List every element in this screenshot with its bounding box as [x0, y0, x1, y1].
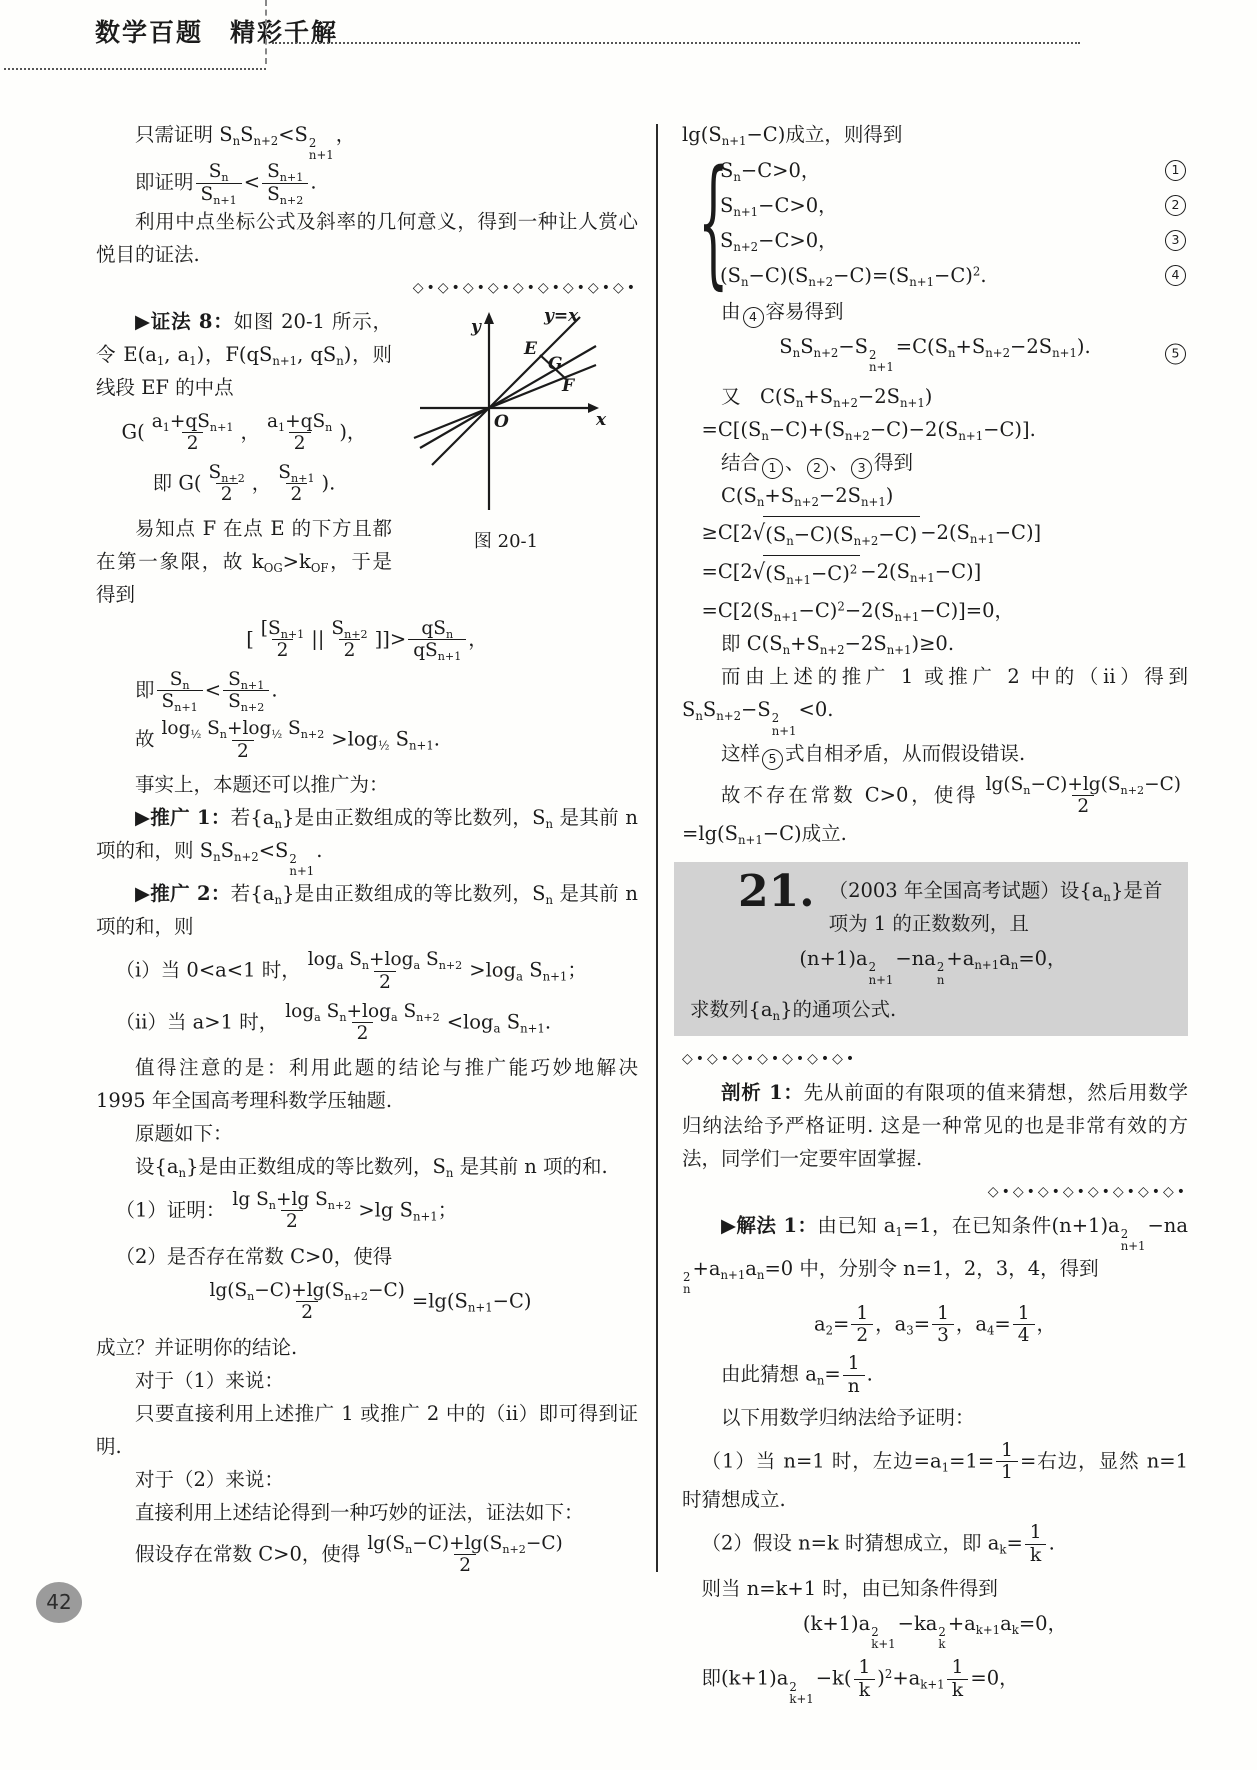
paragraph: 以下用数学归纳法给予证明：	[682, 1401, 1188, 1434]
equation: G(a1+qSn+12，a1+qSn2)，	[122, 411, 367, 455]
equation: a2=12，a3=13，a4=14，	[814, 1303, 1056, 1347]
fraction: qSnqSn+1	[408, 618, 466, 662]
problem-intro: 21.（2003 年全国高考试题）设{an}是首项为 1 的正数数列，且	[690, 874, 1176, 940]
sqrt: √(Sn−C)(Sn+2−C)	[753, 516, 920, 551]
paragraph: ▶推广 2：若{an}是由正数组成的等比数列，Sn 是其前 n 项的和，则	[96, 877, 638, 943]
equation-tag-circled-1: 1	[1165, 160, 1186, 181]
axis-label-x: x	[595, 410, 607, 430]
display-equation: SnSn+2−S2n+1=C(Sn+Sn+2−2Sn+1).5	[682, 335, 1188, 373]
sup-sub-stack: 2n	[683, 1271, 691, 1296]
system-lines: Sn−C>0，1Sn+1−C>0，2Sn+2−C>0，3(Sn−C)(Sn+2−…	[720, 155, 1188, 291]
equation: (Sn−C)(Sn+2−C)=(Sn+1−C)2.	[720, 260, 987, 291]
paragraph: 对于（1）来说：	[96, 1364, 638, 1397]
paragraph: 故不存在常数 C>0，使得lg(Sn−C)+lg(Sn+2−C)2=lg(Sn+…	[682, 774, 1188, 851]
paragraph: 由此猜想 an=1n.	[682, 1353, 1188, 1397]
origin-label-O: O	[494, 412, 509, 432]
paragraph: 只要直接利用上述推广 1 或推广 2 中的（ⅱ）即可得到证明.	[96, 1397, 638, 1463]
paragraph: =C[(Sn−C)+(Sn+2−C)−2(Sn+1−C)].	[682, 413, 1188, 446]
display-equation: lg(Sn−C)+lg(Sn+2−C)2=lg(Sn+1−C)	[96, 1280, 638, 1324]
column-divider-rule	[656, 124, 658, 1572]
sup-sub-stack: 2n+1	[289, 853, 314, 878]
fraction: loga Sn+loga Sn+22	[303, 949, 467, 993]
display-equation: [[Sn+12||Sn+22]]>qSnqSn+1，	[96, 618, 638, 662]
display-equation: a2=12，a3=13，a4=14，	[682, 1303, 1188, 1347]
point-label-E: E	[523, 339, 538, 359]
equation-tag-circled-4: 4	[1165, 265, 1186, 286]
equation: Sn+1−C>0，	[720, 190, 838, 221]
page-header-title: 数学百题 精彩千解	[95, 16, 338, 49]
paragraph: 设{an}是由正数组成的等比数列，Sn 是其前 n 项的和.	[96, 1150, 638, 1183]
paragraph: （1）证明：lg Sn+lg Sn+22>lg Sn+1；	[96, 1189, 638, 1233]
page-number: 42	[46, 1586, 71, 1619]
equation: 即 G(Sn+22，Sn+12).	[153, 462, 336, 506]
problem-21-box: 21.（2003 年全国高考试题）设{an}是首项为 1 的正数数列，且(n+1…	[674, 862, 1188, 1035]
paragraph: 即SnSn+1<Sn+1Sn+2.	[96, 669, 638, 713]
fraction: Sn+1Sn+2	[262, 161, 308, 205]
fraction: a1+qSn+12	[147, 411, 239, 455]
header-corner-mark	[265, 0, 267, 64]
circled-number: 1	[762, 458, 783, 479]
paragraph: （ⅱ）当 a>1 时，loga Sn+loga Sn+22<loga Sn+1.	[96, 1001, 638, 1045]
paragraph: 结合1、2、3得到	[682, 446, 1188, 479]
equation-system: {Sn−C>0，1Sn+1−C>0，2Sn+2−C>0，3(Sn−C)(Sn+2…	[698, 153, 1188, 293]
fraction: lg(Sn−C)+lg(Sn+2−C)2	[362, 1533, 567, 1577]
paragraph: 假设存在常数 C>0，使得lg(Sn−C)+lg(Sn+2−C)2	[96, 1533, 638, 1577]
paragraph: （2）是否存在常数 C>0，使得	[96, 1240, 638, 1273]
paragraph: 故log½ Sn+log½ Sn+22>log½ Sn+1.	[96, 718, 638, 762]
circled-number: 3	[851, 458, 872, 479]
fraction: lg(Sn−C)+lg(Sn+2−C)2	[981, 774, 1186, 818]
fraction: Sn+1Sn+2	[223, 669, 269, 713]
ray-og	[420, 346, 596, 448]
equation: Sn−C>0，	[720, 155, 820, 186]
line-label-y-equals-x: y=x	[543, 306, 579, 326]
paragraph: ▶推广 1：若{an}是由正数组成的等比数列，Sn 是其前 n 项的和，则 Sn…	[96, 801, 638, 877]
paragraph: 则当 n=k+1 时，由已知条件得到	[682, 1572, 1188, 1605]
paragraph: ▶解法 1：由已知 a1=1，在已知条件(n+1)a2n+1−na2n+an+1…	[682, 1209, 1188, 1296]
fraction: 14	[1013, 1303, 1035, 1347]
circled-number: 5	[762, 749, 783, 770]
paragraph: 而由上述的推广 1 或推广 2 中的（ⅱ）得到 SnSn+2−S2n+1<0.	[682, 660, 1188, 736]
equation: SnSn+2−S2n+1=C(Sn+Sn+2−2Sn+1).	[779, 335, 1090, 373]
paragraph: ≥C[2√(Sn−C)(Sn+2−C)−2(Sn+1−C)]	[682, 516, 1188, 551]
paragraph: 事实上，本题还可以推广为：	[96, 768, 638, 801]
paragraph: （2）假设 n=k 时猜想成立，即 ak=1k.	[682, 1522, 1188, 1566]
fraction: 1k	[947, 1657, 969, 1701]
circled-number: 2	[807, 458, 828, 479]
figure-20-1: y y=x E G F O x 图 20-1	[402, 305, 610, 555]
equation: [[Sn+12||Sn+22]]>qSnqSn+1，	[246, 618, 488, 662]
figure-20-1-plot: y y=x E G F O x	[404, 305, 608, 517]
paragraph: 由4容易得到	[682, 295, 1188, 328]
sup-sub-stack: 2k+1	[871, 1626, 895, 1651]
paragraph: 利用中点坐标公式及斜率的几何意义，得到一种让人赏心悦目的证法.	[96, 205, 638, 271]
sup-sub-stack: 2n	[937, 961, 945, 986]
problem-statement: （2003 年全国高考试题）设{an}是首项为 1 的正数数列，且	[829, 879, 1163, 935]
figure-caption: 图 20-1	[402, 529, 610, 555]
ornament-divider: ◇•◇•◇•◇•◇•◇•◇•	[682, 1046, 1188, 1072]
sqrt: √(Sn+1−C)2	[753, 555, 860, 590]
paragraph: lg(Sn+1−C)成立，则得到	[682, 118, 1188, 151]
fraction: lg(Sn−C)+lg(Sn+2−C)2	[204, 1280, 409, 1324]
sup-sub-stack: 2n+1	[869, 961, 894, 986]
ornament-divider: ◇•◇•◇•◇•◇•◇•◇•◇•◇•	[96, 275, 638, 301]
fraction: 11	[996, 1440, 1018, 1484]
equation: (n+1)a2n+1−na2n+an+1an=0，	[799, 947, 1066, 985]
paragraph: 又 C(Sn+Sn+2−2Sn+1)	[682, 380, 1188, 413]
display-equation: 即 G(Sn+22，Sn+12).	[96, 462, 392, 506]
sup-sub-stack: 2n+1	[309, 137, 334, 162]
paragraph: =C[2(Sn+1−C)2−2(Sn+1−C)]=0，	[682, 594, 1188, 627]
sup-sub-stack: 2k	[938, 1626, 945, 1651]
paragraph: 直接利用上述结论得到一种巧妙的证法，证法如下：	[96, 1496, 638, 1529]
fraction: Sn+12	[273, 462, 319, 506]
paragraph: 成立？并证明你的结论.	[96, 1331, 638, 1364]
fraction: lg Sn+lg Sn+22	[227, 1189, 356, 1233]
equation: Sn+2−C>0，	[720, 225, 838, 256]
problem-number: 21.	[738, 872, 815, 912]
fraction: 12	[851, 1303, 873, 1347]
fraction: SnSn+1	[157, 669, 203, 713]
sup-sub-stack: 2k+1	[789, 1681, 813, 1706]
system-equation-row: Sn+2−C>0，3	[720, 225, 1188, 256]
fraction: 1k	[853, 1657, 875, 1701]
sup-sub-stack: 2n+1	[869, 349, 894, 374]
equation: lg(Sn−C)+lg(Sn+2−C)2=lg(Sn+1−C)	[202, 1280, 531, 1324]
paragraph: （1）当 n=1 时，左边=a1=1=11=右边，显然 n=1 时猜想成立.	[682, 1440, 1188, 1517]
display-equation: (k+1)a2k+1−ka2k+ak+1ak=0，	[682, 1612, 1188, 1650]
paragraph: 原题如下：	[96, 1117, 638, 1150]
equation: (k+1)a2k+1−ka2k+ak+1ak=0，	[803, 1612, 1067, 1650]
fraction: SnSn+1	[196, 161, 242, 205]
fraction: 13	[932, 1303, 954, 1347]
circled-number: 4	[743, 307, 764, 328]
paragraph: 即 C(Sn+Sn+2−2Sn+1)≥0.	[682, 627, 1188, 660]
axis-label-y: y	[470, 317, 482, 337]
fraction: Sn+22	[204, 462, 250, 506]
paragraph: 对于（2）来说：	[96, 1463, 638, 1496]
paragraph: （ⅰ）当 0<a<1 时，loga Sn+loga Sn+22>loga Sn+…	[96, 949, 638, 993]
fraction: Sn+22	[326, 618, 372, 662]
paragraph: 值得注意的是：利用此题的结论与推广能巧妙地解决 1995 年全国高考理科数学压轴…	[96, 1051, 638, 1117]
display-equation: G(a1+qSn+12，a1+qSn2)，	[96, 411, 392, 455]
system-equation-row: (Sn−C)(Sn+2−C)=(Sn+1−C)2.4	[720, 260, 1188, 291]
right-column: lg(Sn+1−C)成立，则得到{Sn−C>0，1Sn+1−C>0，2Sn+2−…	[682, 118, 1188, 1705]
paragraph: =C[2√(Sn+1−C)2−2(Sn+1−C)]	[682, 555, 1188, 590]
fraction: 1n	[843, 1353, 865, 1397]
y-axis-arrow	[484, 312, 494, 324]
header-dotted-rule-2	[4, 68, 266, 70]
page-number-badge: 42	[36, 1582, 82, 1623]
header-dotted-rule	[272, 42, 1080, 44]
book-page-scan: 数学百题 精彩千解 只需证明 SnSn+2<S2n+1，即证明SnSn+1<Sn…	[0, 0, 1257, 1770]
paragraph: 剖析 1：先从前面的有限项的值来猜想，然后用数学归纳法给予严格证明. 这是一种常…	[682, 1076, 1188, 1175]
equation-tag-circled-5: 5	[1165, 344, 1186, 365]
fraction: log½ Sn+log½ Sn+22	[157, 718, 330, 762]
system-equation-row: Sn−C>0，1	[720, 155, 1188, 186]
ornament-divider: ◇•◇•◇•◇•◇•◇•◇•◇•	[682, 1179, 1188, 1205]
point-label-F: F	[561, 376, 576, 396]
paragraph: 只需证明 SnSn+2<S2n+1，	[96, 118, 638, 161]
problem-equation: (n+1)a2n+1−na2n+an+1an=0，	[690, 947, 1176, 985]
sup-sub-stack: 2n+1	[1121, 1228, 1146, 1253]
paragraph: 即(k+1)a2k+1−k(1k)2+ak+11k=0，	[682, 1657, 1188, 1705]
fraction: loga Sn+loga Sn+22	[280, 1001, 444, 1045]
left-column: 只需证明 SnSn+2<S2n+1，即证明SnSn+1<Sn+1Sn+2.利用中…	[96, 118, 638, 1576]
line-y-equals-x	[432, 317, 580, 465]
paragraph: 即证明SnSn+1<Sn+1Sn+2.	[96, 161, 638, 205]
point-label-G: G	[548, 354, 563, 374]
fraction: 1k	[1025, 1522, 1047, 1566]
fraction: a1+qSn2	[262, 411, 337, 455]
equation-tag-circled-2: 2	[1165, 195, 1186, 216]
sup-sub-stack: 2n+1	[772, 712, 797, 737]
equation-tag-circled-3: 3	[1165, 230, 1186, 251]
fraction: [Sn+12	[256, 618, 309, 662]
system-equation-row: Sn+1−C>0，2	[720, 190, 1188, 221]
paragraph: C(Sn+Sn+2−2Sn+1)	[682, 479, 1188, 512]
problem-question: 求数列{an}的通项公式.	[690, 993, 1176, 1026]
paragraph: 这样5式自相矛盾，从而假设错误.	[682, 737, 1188, 770]
proof-8-with-figure: y y=x E G F O x 图 20-1 ▶证法 8：如图 20-1 所示，…	[96, 305, 638, 611]
